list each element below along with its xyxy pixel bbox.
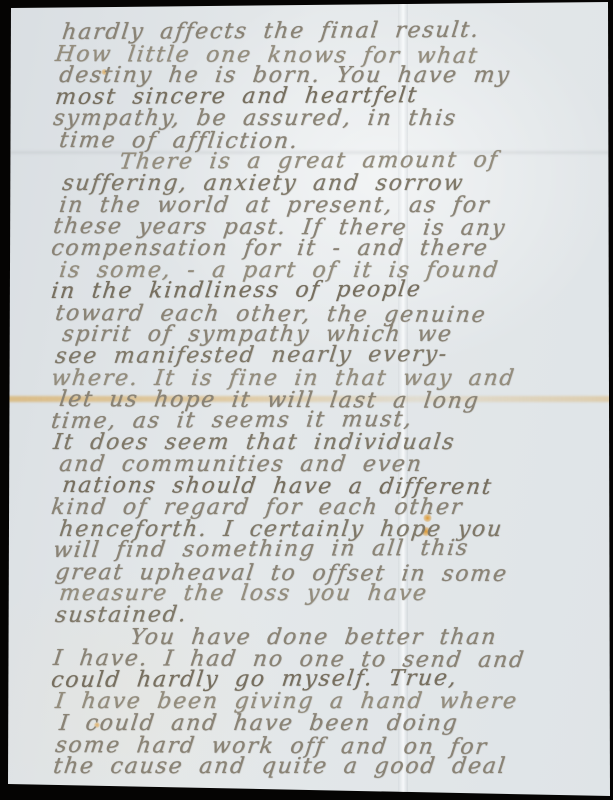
letter-line: and communities and even bbox=[58, 454, 605, 476]
letter-line: where. It is fine in that way and bbox=[50, 368, 605, 390]
letter-line: You have done better than bbox=[61, 627, 605, 649]
scan-background: { "document": { "colors": { "backing": "… bbox=[0, 0, 613, 800]
letter-line: most sincere and heartfelt bbox=[54, 84, 605, 108]
letter-line: in the world at present, as for bbox=[58, 195, 605, 217]
letter-line: compensation for it - and there bbox=[50, 238, 605, 260]
letter-line: the cause and quite a good deal bbox=[52, 756, 605, 778]
letter-line: I have been giving a hand where bbox=[54, 691, 605, 713]
letter-line: It does seem that individuals bbox=[52, 432, 605, 454]
letter-line: sustained. bbox=[54, 602, 605, 626]
letter-page: hardly affects the final result.How litt… bbox=[0, 0, 613, 800]
letter-line: hardly affects the final result. bbox=[61, 19, 605, 43]
letter-line: see manifested nearly every- bbox=[54, 343, 605, 367]
letter-line: There is a great amount of bbox=[50, 149, 605, 173]
letter-line: sympathy, be assured, in this bbox=[52, 108, 605, 130]
letter-line: could hardly go myself. True, bbox=[50, 667, 605, 691]
letter-line: I could and have been doing bbox=[58, 713, 605, 735]
letter-line: suffering, anxiety and sorrow bbox=[61, 173, 605, 195]
letter-line: time, as it seems it must, bbox=[50, 408, 605, 432]
letter-body: hardly affects the final result.How litt… bbox=[50, 22, 602, 778]
letter-line: kind of regard for each other bbox=[50, 497, 605, 519]
letter-line: in the kindliness of people bbox=[50, 278, 605, 302]
letter-line: will find something in all this bbox=[52, 537, 605, 561]
